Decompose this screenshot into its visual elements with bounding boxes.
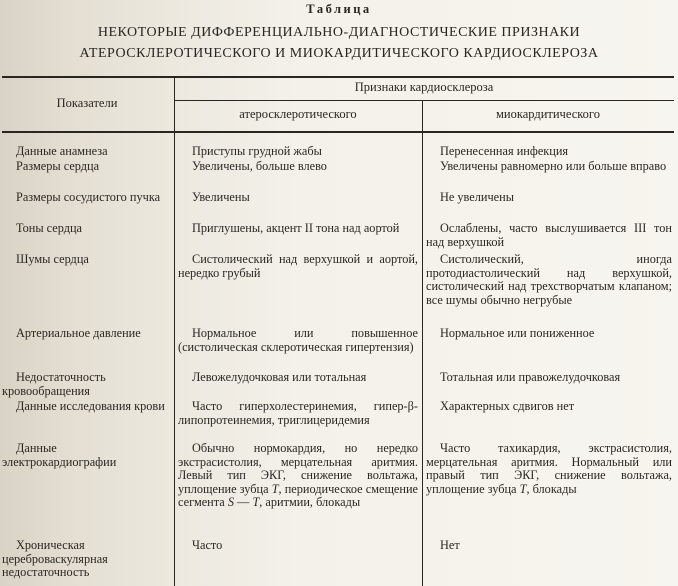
column-divider-2 bbox=[422, 100, 423, 586]
row-atherosclerotic: Увеличены, больше влево bbox=[178, 160, 418, 174]
row-indicator: Данные электрокардиографии bbox=[2, 442, 170, 469]
table-top-rule bbox=[2, 76, 674, 78]
title-line-2: АТЕРОСКЛЕРОТИЧЕСКОГО И МИОКАРДИТИЧЕСКОГО… bbox=[0, 43, 678, 64]
row-myocarditic: Ослаблены, часто выслушивается III тон н… bbox=[426, 222, 672, 249]
row-indicator: Шумы сердца bbox=[2, 253, 170, 267]
header-inner-rule bbox=[174, 100, 674, 101]
row-myocarditic: Не увеличены bbox=[426, 191, 672, 205]
row-myocarditic: Перенесенная инфекция bbox=[426, 145, 672, 159]
header-sclerosis-signs: Признаки кардиосклероза bbox=[174, 80, 674, 95]
row-myocarditic: Характерных сдвигов нет bbox=[426, 400, 672, 414]
row-myocarditic: Тотальная или правожелудочковая bbox=[426, 371, 672, 385]
header-atherosclerotic: атеросклеротического bbox=[174, 107, 422, 122]
row-atherosclerotic: Часто гиперхолестеринемия, гипер-β-липоп… bbox=[178, 400, 418, 427]
row-myocarditic: Увеличены равномерно или больше вправо bbox=[426, 160, 672, 174]
row-indicator: Недостаточность кровообращения bbox=[2, 371, 170, 398]
title-line-1: НЕКОТОРЫЕ ДИФФЕРЕНЦИАЛЬНО-ДИАГНОСТИЧЕСКИ… bbox=[0, 22, 678, 43]
row-indicator: Размеры сосудистого пучка bbox=[2, 191, 170, 205]
row-indicator: Хроническая цереброваскулярная недостато… bbox=[2, 539, 170, 580]
row-indicator: Данные исследования крови bbox=[2, 400, 170, 414]
column-divider-1 bbox=[174, 78, 175, 586]
row-myocarditic: Нормальное или пониженное bbox=[426, 327, 672, 341]
page-title: НЕКОТОРЫЕ ДИФФЕРЕНЦИАЛЬНО-ДИАГНОСТИЧЕСКИ… bbox=[0, 22, 678, 64]
row-myocarditic: Часто тахикардия, экстрасистолия, мерцат… bbox=[426, 442, 672, 496]
row-indicator: Тоны сердца bbox=[2, 222, 170, 236]
row-atherosclerotic: Приступы грудной жабы bbox=[178, 145, 418, 159]
row-myocarditic: Нет bbox=[426, 539, 672, 553]
row-indicator: Размеры сердца bbox=[2, 160, 170, 174]
header-myocarditic: миокардитического bbox=[422, 107, 674, 122]
row-atherosclerotic: Нормальное или повышенное (систолическая… bbox=[178, 327, 418, 354]
row-atherosclerotic: Часто bbox=[178, 539, 418, 553]
header-bottom-rule bbox=[2, 131, 674, 133]
row-atherosclerotic: Систолический над верхушкой и аортой, не… bbox=[178, 253, 418, 280]
row-atherosclerotic: Обычно нормокардия, но нередко экстрасис… bbox=[178, 442, 418, 510]
row-atherosclerotic: Увеличены bbox=[178, 191, 418, 205]
row-atherosclerotic: Приглушены, акцент II тона над аортой bbox=[178, 222, 418, 236]
header-indicators: Показатели bbox=[0, 96, 174, 111]
row-atherosclerotic: Левожелудочковая или тотальная bbox=[178, 371, 418, 385]
row-myocarditic: Систолический, иногда протодиастолически… bbox=[426, 253, 672, 307]
row-indicator: Артериальное давление bbox=[2, 327, 170, 341]
row-indicator: Данные анамнеза bbox=[2, 145, 170, 159]
table-caption: Таблица bbox=[0, 2, 678, 17]
